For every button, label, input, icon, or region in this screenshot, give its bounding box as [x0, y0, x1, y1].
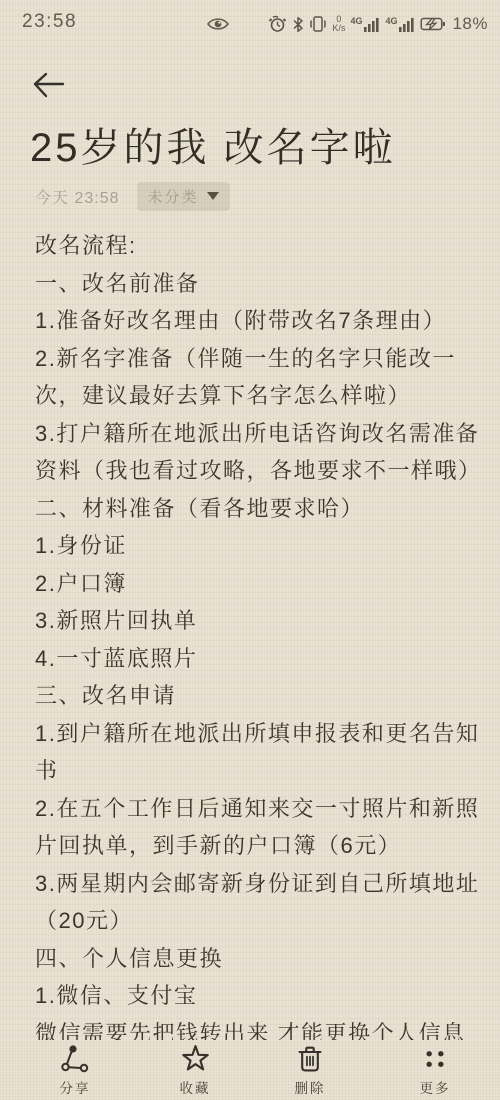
- note-line: （20元）: [35, 902, 490, 940]
- toolbar-label: 更多: [420, 1077, 451, 1097]
- note-line: 四、个人信息更换: [35, 940, 490, 978]
- note-line: 3.两星期内会邮寄新身份证到自己所填地址: [35, 865, 490, 903]
- sim1-signal-icon: 4G: [350, 15, 380, 33]
- sim2-signal-icon: 4G: [385, 15, 415, 33]
- note-line: 2.新名字准备（伴随一生的名字只能改一: [35, 340, 490, 378]
- note-line: 一、改名前准备: [35, 265, 490, 303]
- star-icon: [180, 1044, 211, 1074]
- note-line: 2.在五个工作日后通知来交一寸照片和新照: [35, 790, 490, 828]
- back-button[interactable]: [26, 66, 70, 106]
- note-date: 今天 23:58: [35, 185, 120, 208]
- note-line: 2.户口簿: [35, 565, 490, 603]
- note-line: 片回执单，到手新的户口簿（6元）: [35, 827, 490, 865]
- note-line: 资料（我也看过攻略，各地要求不一样哦）: [35, 452, 490, 490]
- battery-charging-icon: [420, 15, 446, 33]
- category-label: 未分类: [148, 186, 199, 207]
- bottom-toolbar: 分享 收藏 删除: [0, 1040, 500, 1100]
- note-line: 次，建议最好去算下名字怎么样啦）: [35, 377, 490, 415]
- back-arrow-icon: [29, 71, 67, 101]
- note-line: 4.一寸蓝底照片: [35, 640, 490, 678]
- trash-icon: [296, 1044, 324, 1074]
- note-title[interactable]: 25岁的我 改名字啦: [30, 116, 396, 173]
- note-line: 1.微信、支付宝: [35, 977, 490, 1015]
- battery-percent: 18%: [452, 14, 488, 34]
- note-line: 3.新照片回执单: [35, 602, 490, 640]
- sim1-network-type: 4G: [350, 17, 362, 26]
- share-button[interactable]: 分享: [40, 1044, 110, 1097]
- notes-app-screen: 23:58: [0, 0, 500, 1100]
- note-line: 书: [35, 752, 490, 790]
- bluetooth-icon: [292, 16, 304, 33]
- note-line: 1.准备好改名理由（附带改名7条理由）: [35, 302, 490, 340]
- category-selector[interactable]: 未分类: [137, 182, 230, 211]
- status-bar: 23:58: [0, 0, 500, 48]
- sim2-network-type: 4G: [385, 17, 397, 26]
- favorite-button[interactable]: 收藏: [160, 1044, 230, 1097]
- eye-comfort-icon: [206, 16, 230, 32]
- note-line: 3.打户籍所在地派出所电话咨询改名需准备: [35, 415, 490, 453]
- note-line: 改名流程:: [35, 227, 490, 265]
- note-line: 二、材料准备（看各地要求哈）: [35, 490, 490, 528]
- delete-button[interactable]: 删除: [275, 1044, 345, 1097]
- toolbar-label: 删除: [295, 1077, 326, 1097]
- clock-time: 23:58: [22, 11, 77, 33]
- note-line: 1.到户籍所在地派出所填申报表和更名告知: [35, 715, 490, 753]
- toolbar-label: 分享: [60, 1077, 91, 1097]
- speed-unit: K/s: [332, 24, 345, 34]
- note-meta: 今天 23:58 未分类: [35, 182, 230, 210]
- vibrate-icon: [309, 15, 327, 33]
- alarm-icon: [268, 15, 287, 33]
- share-icon: [60, 1044, 90, 1074]
- note-body[interactable]: 改名流程: 一、改名前准备 1.准备好改名理由（附带改名7条理由） 2.新名字准…: [35, 227, 490, 1052]
- note-line: 三、改名申请: [35, 677, 490, 715]
- network-speed: 0 K/s: [332, 15, 345, 34]
- more-icon: [421, 1044, 449, 1074]
- more-button[interactable]: 更多: [400, 1044, 470, 1097]
- chevron-down-icon: [207, 192, 219, 200]
- toolbar-label: 收藏: [180, 1077, 211, 1097]
- note-line: 1.身份证: [35, 527, 490, 565]
- status-icons: 0 K/s 4G 4G: [268, 0, 488, 48]
